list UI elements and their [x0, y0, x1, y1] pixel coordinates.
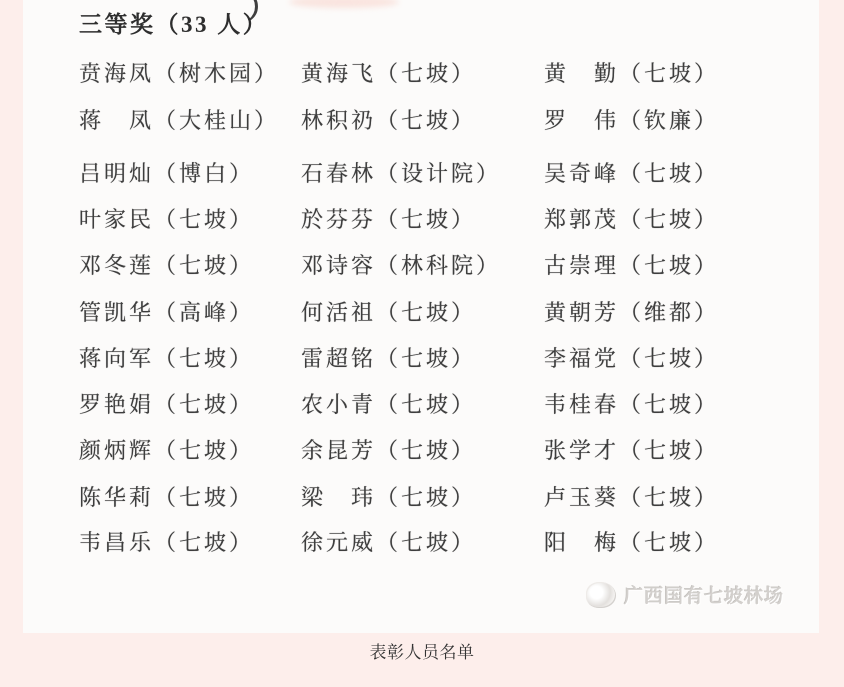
- awardee-entry: 吴奇峰（七坡）: [544, 157, 719, 188]
- forest-farm-logo-icon: [586, 582, 616, 608]
- awardee-entry: 贲海凤（树木园）: [79, 57, 279, 88]
- awardee-entry: 管凯华（高峰）: [79, 296, 254, 327]
- watermark-text: 广西国有七坡林场: [624, 581, 784, 608]
- list-row: 韦昌乐（七坡）徐元威（七坡）阳 梅（七坡）: [23, 526, 819, 556]
- awardee-entry: 於芬芬（七坡）: [301, 203, 476, 234]
- list-row: 颜炳辉（七坡）余昆芳（七坡）张学才（七坡）: [23, 434, 819, 464]
- awardee-entry: 邓冬莲（七坡）: [79, 249, 254, 280]
- scan-artifacts: [23, 0, 27, 4]
- awardee-entry: 雷超铭（七坡）: [301, 342, 476, 373]
- awardee-entry: 吕明灿（博白）: [79, 157, 254, 188]
- awardee-entry: 蒋向军（七坡）: [79, 342, 254, 373]
- awardee-entry: 黄 勤（七坡）: [544, 57, 719, 88]
- list-row: 叶家民（七坡）於芬芬（七坡）郑郭茂（七坡）: [23, 203, 819, 233]
- awardee-entry: 罗艳娟（七坡）: [79, 388, 254, 419]
- scanned-document-image: ） 三等奖（33 人） 贲海凤（树木园）黄海飞（七坡）黄 勤（七坡）蒋 凤（大桂…: [23, 0, 819, 633]
- awardee-entry: 李福党（七坡）: [544, 342, 719, 373]
- awardee-entry: 林积礽（七坡）: [301, 104, 476, 135]
- awardee-entry: 韦桂春（七坡）: [544, 388, 719, 419]
- awardee-entry: 余昆芳（七坡）: [301, 434, 476, 465]
- list-row: 蒋向军（七坡）雷超铭（七坡）李福党（七坡）: [23, 342, 819, 372]
- list-row: 吕明灿（博白）石春林（设计院）吴奇峰（七坡）: [23, 157, 819, 187]
- watermark: 广西国有七坡林场: [586, 581, 784, 608]
- awardee-entry: 农小青（七坡）: [301, 388, 476, 419]
- awardee-entry: 郑郭茂（七坡）: [544, 203, 719, 234]
- name-list: 贲海凤（树木园）黄海飞（七坡）黄 勤（七坡）蒋 凤（大桂山）林积礽（七坡）罗 伟…: [23, 0, 819, 633]
- list-row: 管凯华（高峰）何活祖（七坡）黄朝芳（维都）: [23, 296, 819, 326]
- awardee-entry: 阳 梅（七坡）: [544, 526, 719, 557]
- awardee-entry: 黄海飞（七坡）: [301, 57, 476, 88]
- awardee-entry: 梁 玮（七坡）: [301, 481, 476, 512]
- list-row: 罗艳娟（七坡）农小青（七坡）韦桂春（七坡）: [23, 388, 819, 418]
- list-row: 蒋 凤（大桂山）林积礽（七坡）罗 伟（钦廉）: [23, 104, 819, 134]
- awardee-entry: 韦昌乐（七坡）: [79, 526, 254, 557]
- image-caption: 表彰人员名单: [0, 638, 844, 663]
- awardee-entry: 叶家民（七坡）: [79, 203, 254, 234]
- awardee-entry: 张学才（七坡）: [544, 434, 719, 465]
- awardee-entry: 徐元威（七坡）: [301, 526, 476, 557]
- awardee-entry: 蒋 凤（大桂山）: [79, 104, 279, 135]
- awardee-entry: 邓诗容（林科院）: [301, 249, 501, 280]
- awardee-entry: 卢玉葵（七坡）: [544, 481, 719, 512]
- list-row: 邓冬莲（七坡）邓诗容（林科院）古崇理（七坡）: [23, 249, 819, 279]
- awardee-entry: 古崇理（七坡）: [544, 249, 719, 280]
- awardee-entry: 颜炳辉（七坡）: [79, 434, 254, 465]
- awardee-entry: 黄朝芳（维都）: [544, 296, 719, 327]
- list-row: 陈华莉（七坡）梁 玮（七坡）卢玉葵（七坡）: [23, 481, 819, 511]
- awardee-entry: 何活祖（七坡）: [301, 296, 476, 327]
- awardee-entry: 石春林（设计院）: [301, 157, 501, 188]
- awardee-entry: 罗 伟（钦廉）: [544, 104, 719, 135]
- list-row: 贲海凤（树木园）黄海飞（七坡）黄 勤（七坡）: [23, 57, 819, 87]
- article-page: ） 三等奖（33 人） 贲海凤（树木园）黄海飞（七坡）黄 勤（七坡）蒋 凤（大桂…: [0, 0, 844, 687]
- awardee-entry: 陈华莉（七坡）: [79, 481, 254, 512]
